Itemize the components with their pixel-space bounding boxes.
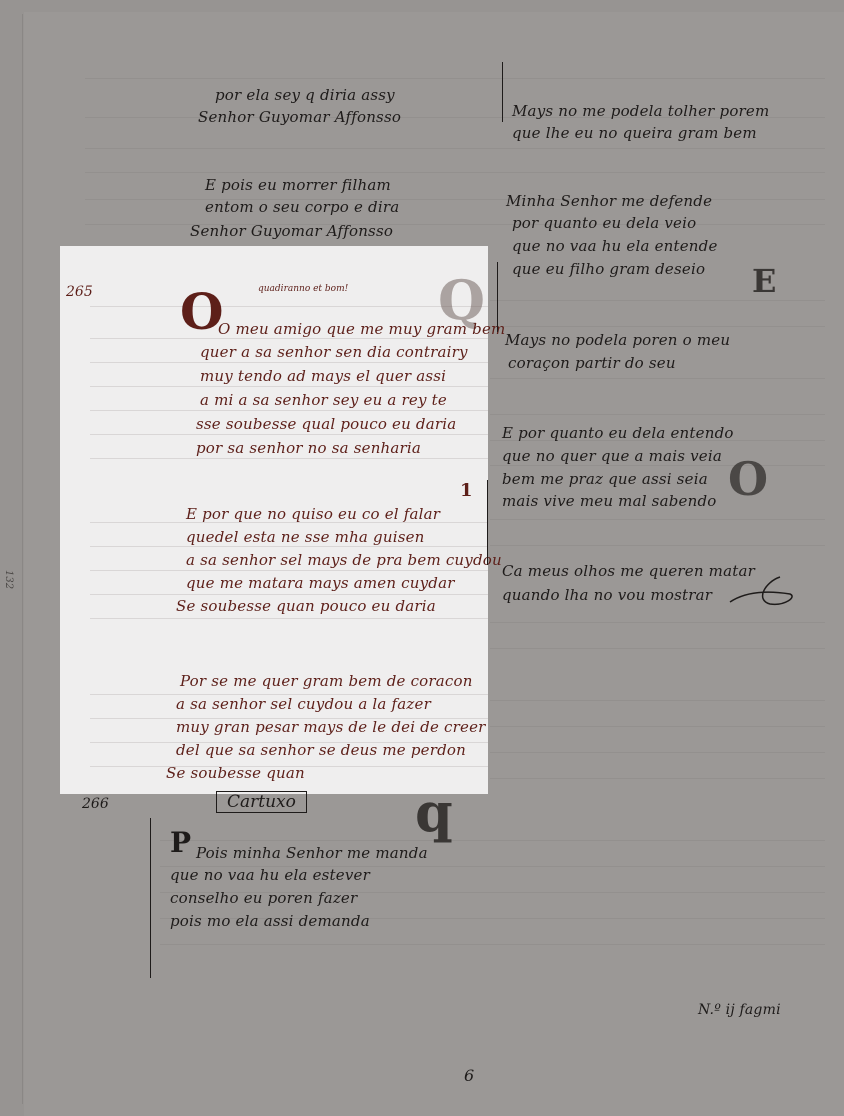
verse-line: por quanto eu dela veio — [512, 214, 696, 232]
poem-heading: quadiranno et bom! — [258, 284, 348, 294]
page-edge — [22, 14, 23, 1104]
verse-line: coraçon partir do seu — [508, 354, 676, 372]
verse-line: a sa senhor sel cuydou a la fazer — [176, 695, 431, 713]
verse-line: que no vaa hu ela entende — [512, 237, 718, 255]
verse-line: Se soubesse quan pouco eu daria — [176, 597, 436, 615]
verse-line: quando lha no vou mostrar — [502, 586, 712, 604]
margin-bracket — [497, 262, 498, 332]
guide-letter: q — [415, 780, 453, 844]
folio-number: 6 — [464, 1066, 474, 1085]
verse-line: por ela sey q diria assy — [215, 86, 395, 104]
verse-line: que lhe eu no queira gram bem — [512, 124, 757, 142]
verse-line: E por quanto eu dela entendo — [502, 424, 734, 442]
initial-capital: P — [170, 826, 191, 859]
verse-line: muy tendo ad mays el quer assi — [200, 367, 446, 385]
verse-line: Minha Senhor me defende — [506, 192, 712, 210]
verse-line: por sa senhor no sa senharia — [196, 439, 421, 457]
verse-line: que eu filho gram deseio — [512, 260, 705, 278]
verse-line: bem me praz que assi seia — [502, 470, 708, 488]
poem-number: 266 — [82, 796, 109, 812]
verse-line: que me matara mays amen cuydar — [186, 574, 455, 592]
margin-bracket — [487, 480, 488, 565]
verse-line: Senhor Guyomar Affonsso — [190, 222, 393, 240]
side-note-vertical: 132 — [3, 570, 14, 589]
verse-line: Ca meus olhos me queren matar — [502, 562, 755, 580]
verse-line: del que sa senhor se deus me perdon — [176, 741, 466, 759]
guide-letter: O — [728, 452, 768, 506]
verse-line: que no quer que a mais veia — [502, 447, 722, 465]
verse-line: Senhor Guyomar Affonsso — [198, 108, 401, 126]
stanza-marker: 1 — [460, 480, 473, 501]
verse-line: pois mo ela assi demanda — [170, 912, 370, 930]
verse-line: entom o seu corpo e dira — [205, 198, 399, 216]
verse-line: Pois minha Senhor me manda — [196, 844, 428, 862]
verse-line: E por que no quiso eu co el falar — [186, 505, 440, 523]
paraph-flourish-icon — [725, 572, 800, 612]
verse-line: quedel esta ne sse mha guisen — [186, 528, 425, 546]
verse-line: sse soubesse qual pouco eu daria — [196, 415, 456, 433]
verse-line: mais vive meu mal sabendo — [502, 492, 717, 510]
verse-line: Por se me quer gram bem de coracon — [180, 672, 473, 690]
verse-line: O meu amigo que me muy gram bem — [218, 320, 505, 338]
bottom-right-note: N.º ij fagmi — [698, 1002, 781, 1018]
verse-line: E pois eu morrer filham — [205, 176, 391, 194]
verse-line: a sa senhor sel mays de pra bem cuydou — [186, 551, 502, 569]
verse-line: a mi a sa senhor sey eu a rey te — [200, 391, 447, 409]
verse-line: conselho eu poren fazer — [170, 889, 357, 907]
author-label-box: Cartuxo — [216, 791, 307, 813]
margin-bracket — [150, 818, 151, 978]
margin-bracket — [502, 62, 503, 122]
verse-line: muy gran pesar mays de le dei de creer — [176, 718, 486, 736]
poem-number: 265 — [66, 284, 93, 300]
verse-line: Se soubesse quan — [166, 764, 305, 782]
verse-line: que no vaa hu ela estever — [170, 866, 370, 884]
verse-line: Mays no podela poren o meu — [505, 331, 730, 349]
verse-line: Mays no me podela tolher porem — [512, 102, 769, 120]
guide-letter: E — [752, 262, 776, 300]
verse-line: quer a sa senhor sen dia contrairy — [200, 343, 468, 361]
